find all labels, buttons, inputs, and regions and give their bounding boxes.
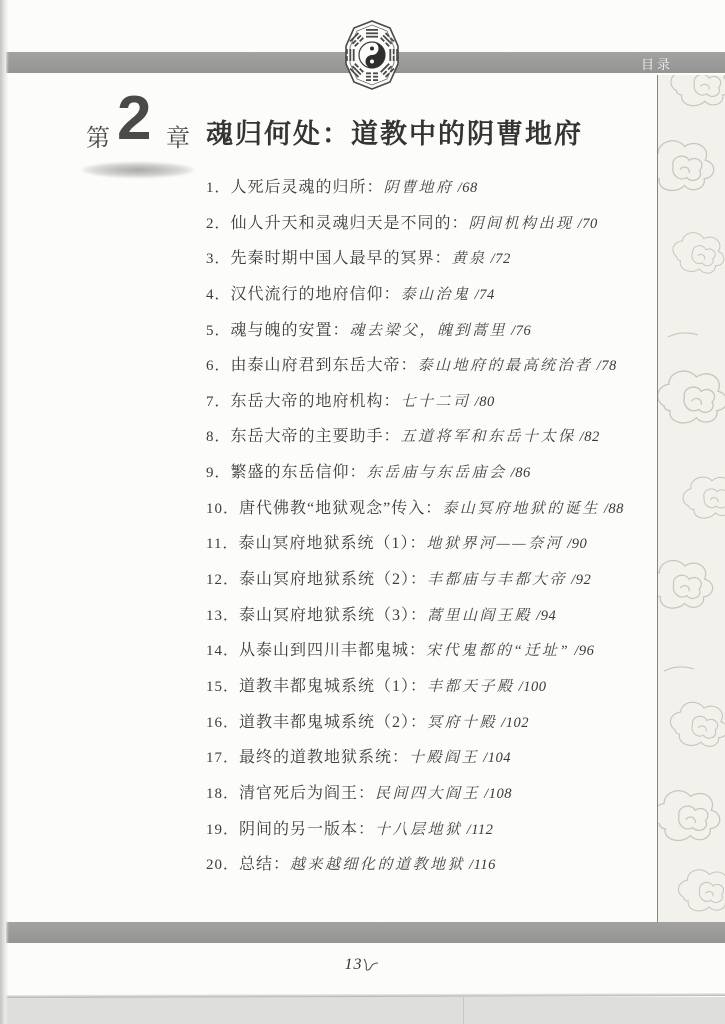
toc-item-sub: 冥府十殿 xyxy=(427,715,497,731)
toc-item: 1．人死后灵魂的归所：阴曹地府 /68 xyxy=(206,170,656,206)
toc-item-pg: /90 xyxy=(563,536,587,552)
toc-item-num: 7． xyxy=(206,394,231,410)
chapter-marker-suffix: 章 xyxy=(166,118,190,153)
toc-item-pg: /72 xyxy=(487,251,511,267)
toc-item-num: 19． xyxy=(206,822,239,838)
toc-item-num: 4． xyxy=(206,287,231,303)
toc-item-num: 2． xyxy=(206,216,231,232)
toc-item-sub: 丰都庙与丰都大帝 xyxy=(427,572,567,588)
toc-item: 17．最终的道教地狱系统：十殿阎王 /104 xyxy=(206,740,656,776)
scanned-book-page: 目录 xyxy=(0,0,725,1024)
toc-item: 2．仙人升天和灵魂归天是不同的：阴间机构出现 /70 xyxy=(206,206,656,242)
toc-item-pg: /78 xyxy=(593,358,617,374)
page-left-edge xyxy=(0,0,9,1024)
toc-item-main: 东岳大帝的主要助手： xyxy=(231,428,401,445)
toc-item-num: 20． xyxy=(206,857,239,873)
scan-background xyxy=(0,997,725,1024)
page-paper: 目录 xyxy=(0,0,725,997)
toc-item-sub: 越来越细化的道教地狱 xyxy=(290,857,465,873)
toc-item-main: 总结： xyxy=(239,856,290,873)
toc-item-sub: 地狱界河——奈河 xyxy=(426,536,563,552)
toc-item-pg: /112 xyxy=(463,822,494,838)
toc-item-main: 泰山冥府地狱系统（2）： xyxy=(239,571,427,588)
footer-bar xyxy=(6,922,725,943)
toc-item-num: 11． xyxy=(206,536,238,552)
toc-item-sub: 泰山地府的最高统治者 xyxy=(418,358,593,374)
toc-item-main: 人死后灵魂的归所： xyxy=(231,179,384,196)
toc-item-pg: /104 xyxy=(479,750,511,766)
toc-item-num: 13． xyxy=(206,608,239,624)
toc-item-main: 汉代流行的地府信仰： xyxy=(231,286,401,303)
toc-item-sub: 十殿阎王 xyxy=(409,750,479,766)
toc-item-num: 14． xyxy=(206,643,239,659)
bagua-yinyang-icon xyxy=(341,17,403,95)
toc-item-num: 1． xyxy=(206,180,231,196)
toc-item-pg: /116 xyxy=(465,857,496,873)
toc-item-main: 从泰山到四川丰都鬼城： xyxy=(239,642,426,659)
toc-item: 11．泰山冥府地狱系统（1）：地狱界河——奈河 /90 xyxy=(206,526,656,562)
toc-item: 18．清官死后为阎王：民间四大阎王 /108 xyxy=(206,776,656,812)
toc-item-num: 17． xyxy=(206,750,239,766)
toc-item-num: 5． xyxy=(206,323,231,339)
toc-item: 3．先秦时期中国人最早的冥界：黄泉 /72 xyxy=(206,241,656,277)
toc-item-main: 繁盛的东岳信仰： xyxy=(231,464,367,481)
toc-item-num: 18． xyxy=(206,786,239,802)
toc-item-num: 10． xyxy=(206,501,239,517)
toc-item-num: 9． xyxy=(206,465,231,481)
toc-item: 14．从泰山到四川丰都鬼城：宋代鬼都的“迁址” /96 xyxy=(206,633,656,669)
toc-item: 8．东岳大帝的主要助手：五道将军和东岳十太保 /82 xyxy=(206,419,656,455)
toc-item-num: 6． xyxy=(206,358,231,374)
toc-item-sub: 泰山冥府地狱的诞生 xyxy=(442,501,600,517)
chapter-marker-prefix: 第 xyxy=(86,118,110,153)
section-label: 目录 xyxy=(641,54,673,73)
toc-item-main: 仙人升天和灵魂归天是不同的： xyxy=(231,215,469,232)
toc-item: 13．泰山冥府地狱系统（3）：蒿里山阎王殿 /94 xyxy=(206,598,656,634)
toc-item-main: 阴间的另一版本： xyxy=(239,821,375,838)
toc-item-sub: 宋代鬼都的“迁址” xyxy=(426,643,570,659)
toc-item-pg: /68 xyxy=(454,180,478,196)
toc-item: 10．唐代佛教“地狱观念”传入：泰山冥府地狱的诞生 /88 xyxy=(206,491,656,527)
chapter-title: 魂归何处：道教中的阴曹地府 xyxy=(206,112,583,151)
toc-item-pg: /108 xyxy=(480,786,512,802)
toc-item-sub: 阴曹地府 xyxy=(384,180,454,196)
toc-item-pg: /74 xyxy=(471,287,495,303)
toc-item-pg: /102 xyxy=(497,715,529,731)
toc-item-num: 16． xyxy=(206,715,239,731)
toc-item: 5．魂与魄的安置：魂去梁父，魄到蒿里 /76 xyxy=(206,313,656,349)
toc-item-pg: /100 xyxy=(515,679,547,695)
toc-item-pg: /76 xyxy=(507,323,531,339)
toc-item-sub: 泰山治鬼 xyxy=(401,287,471,303)
toc-list: 1．人死后灵魂的归所：阴曹地府 /682．仙人升天和灵魂归天是不同的：阴间机构出… xyxy=(206,170,656,883)
page-footer: 13 xyxy=(0,956,725,975)
toc-item-main: 东岳大帝的地府机构： xyxy=(231,393,401,410)
toc-item-main: 最终的道教地狱系统： xyxy=(239,749,409,766)
toc-item-pg: /70 xyxy=(574,216,598,232)
toc-item-sub: 五道将军和东岳十太保 xyxy=(401,429,576,445)
toc-item-main: 泰山冥府地狱系统（3）： xyxy=(239,607,427,624)
toc-item: 15．道教丰都鬼城系统（1）：丰都天子殿 /100 xyxy=(206,669,656,705)
chapter-marker-shadow xyxy=(82,162,194,178)
toc-item-pg: /94 xyxy=(532,608,556,624)
toc-item-main: 泰山冥府地狱系统（1）： xyxy=(238,535,426,552)
toc-item-num: 15． xyxy=(206,679,239,695)
toc-item-sub: 东岳庙与东岳庙会 xyxy=(367,465,507,481)
toc-item: 4．汉代流行的地府信仰：泰山治鬼 /74 xyxy=(206,277,656,313)
toc-item-num: 3． xyxy=(206,251,231,267)
toc-item-main: 先秦时期中国人最早的冥界： xyxy=(231,250,452,267)
toc-item: 19．阴间的另一版本：十八层地狱 /112 xyxy=(206,812,656,848)
toc-item: 7．东岳大帝的地府机构：七十二司 /80 xyxy=(206,384,656,420)
toc-item-sub: 阴间机构出现 xyxy=(469,216,574,232)
toc-item-sub: 黄泉 xyxy=(452,251,487,267)
toc-item: 9．繁盛的东岳信仰：东岳庙与东岳庙会 /86 xyxy=(206,455,656,491)
toc-item-main: 道教丰都鬼城系统（2）： xyxy=(239,714,427,731)
toc-item-pg: /80 xyxy=(471,394,495,410)
toc-item-pg: /92 xyxy=(567,572,591,588)
scan-crease xyxy=(463,997,464,1024)
toc-item: 20．总结：越来越细化的道教地狱 /116 xyxy=(206,847,656,883)
toc-item-main: 道教丰都鬼城系统（1）： xyxy=(239,678,427,695)
toc-item-pg: /88 xyxy=(600,501,624,517)
toc-item-main: 唐代佛教“地狱观念”传入： xyxy=(239,500,442,517)
toc-item-pg: /96 xyxy=(570,643,594,659)
toc-item-num: 12． xyxy=(206,572,239,588)
toc-item-sub: 民间四大阎王 xyxy=(375,786,480,802)
toc-item: 6．由泰山府君到东岳大帝：泰山地府的最高统治者 /78 xyxy=(206,348,656,384)
toc-item-num: 8． xyxy=(206,429,231,445)
toc-item-main: 清官死后为阎王： xyxy=(239,785,375,802)
flourish-icon xyxy=(361,957,381,975)
toc-item-sub: 七十二司 xyxy=(401,394,471,410)
toc-item: 12．泰山冥府地狱系统（2）：丰都庙与丰都大帝 /92 xyxy=(206,562,656,598)
toc-item-pg: /82 xyxy=(576,429,600,445)
chapter-number: 2 xyxy=(117,88,151,150)
toc-item-pg: /86 xyxy=(507,465,531,481)
toc-item-main: 魂与魄的安置： xyxy=(231,322,350,339)
toc-item-sub: 蒿里山阎王殿 xyxy=(427,608,532,624)
toc-item-sub: 丰都天子殿 xyxy=(427,679,515,695)
cloud-pattern-band xyxy=(657,75,725,922)
toc-item: 16．道教丰都鬼城系统（2）：冥府十殿 /102 xyxy=(206,705,656,741)
toc-item-main: 由泰山府君到东岳大帝： xyxy=(231,357,418,374)
toc-item-sub: 十八层地狱 xyxy=(375,822,463,838)
toc-item-sub: 魂去梁父，魄到蒿里 xyxy=(350,323,508,339)
